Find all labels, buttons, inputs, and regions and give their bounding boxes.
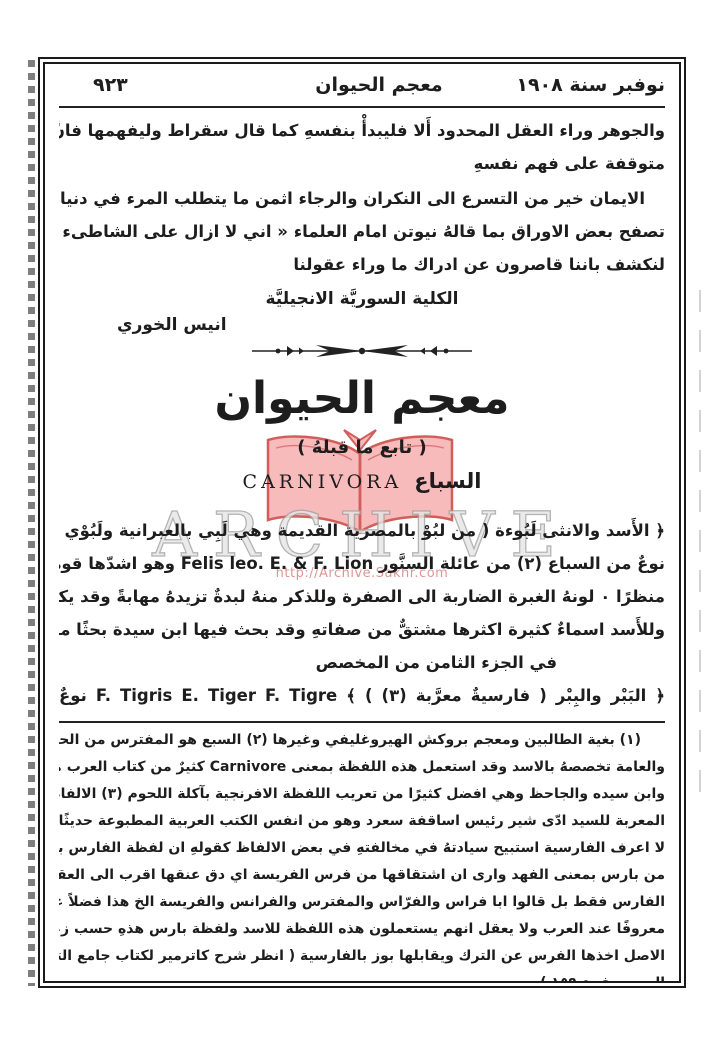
footnote-line: من بارس بمعنى الفهد وارى ان اشتقاقها من … <box>59 862 665 889</box>
text-line: متوقفة على فهم نفسهِ <box>59 147 665 180</box>
ornament-divider-icon <box>252 341 472 361</box>
entry-line: منظرًا ۰ لونهُ الغبرة الضاربة الى الصفرة… <box>59 580 665 613</box>
header-running-title: معجم الحيوان <box>284 74 475 96</box>
footnote-line: المعربة للسيد ادّى شير رئيس اساقفة سعرد … <box>59 808 665 835</box>
tiger-entry-line: ﴿ البَبْر والبِبْر ( فارسيةٌ معرَّبة (٣)… <box>59 679 665 712</box>
heading-latin: CARNIVORA <box>243 471 403 493</box>
entry-line: في الجزء الثامن من المخصص <box>59 646 665 679</box>
ornament-divider <box>59 341 665 367</box>
footnote-block: (١) بغية الطالبين ومعجم بروكش الهيروغليف… <box>59 727 665 983</box>
footnote-line: الفارس فقط بل قالوا ابا فراس والفرّاس وا… <box>59 889 665 916</box>
page-frame: نوفبر سنة ١٩٠٨ معجم الحيوان ٩٢٣ والجوهر … <box>38 57 686 988</box>
text-line: تصفح بعض الاوراق بما قالهُ نيوتن امام ال… <box>59 215 665 248</box>
entry-line: وللأَسد اسماءٌ كثيرة اكثرها مشتقٌّ من صف… <box>59 613 665 646</box>
header-date: نوفبر سنة ١٩٠٨ <box>474 74 665 96</box>
heading-arabic: السباع <box>414 469 481 493</box>
intro-paragraph-2: الايمان خير من التسرع الى النكران والرجا… <box>59 182 665 281</box>
entry-line: ﴿ الأَسد والانثى لَبُوءة ( من لبُوْ بالم… <box>59 514 665 547</box>
entry-line: نوعٌ من السباع (٢) من عائلة السنَّور Fel… <box>59 547 665 580</box>
text-line: الايمان خير من التسرع الى النكران والرجا… <box>59 182 665 215</box>
author-signature: انيس الخوري <box>59 313 665 337</box>
section-title-calligraphy: معجم الحيوان <box>59 367 665 431</box>
footnote-line: وابن سيده والجاحظ وهي افضل كثيرًا من تعر… <box>59 781 665 808</box>
header-page-number: ٩٢٣ <box>59 74 284 96</box>
scan-edge-artifact-right <box>699 290 701 810</box>
section-heading: السباع CARNIVORA <box>59 469 665 505</box>
intro-paragraph-1: والجوهر وراء العقل المحدود أَلا فليبدأْ … <box>59 114 665 180</box>
page-header: نوفبر سنة ١٩٠٨ معجم الحيوان ٩٢٣ <box>59 64 665 108</box>
footnote-line: لا اعرف الفارسية استبيح سيادتهُ في مخالف… <box>59 835 665 862</box>
college-attribution: الكلية السوريَّة الانجيليَّة <box>59 285 665 313</box>
lion-entry: ﴿ الأَسد والانثى لَبُوءة ( من لبُوْ بالم… <box>59 514 665 679</box>
text-line: لنكشف باننا قاصرون عن ادراك ما وراء عقول… <box>59 248 665 281</box>
footnote-separator <box>59 721 665 723</box>
page-content: نوفبر سنة ١٩٠٨ معجم الحيوان ٩٢٣ والجوهر … <box>43 62 681 983</box>
footnote-line: الدين صفحة ١٥٩ ) <box>59 970 665 983</box>
footnote-line: معروفًا عند العرب ولا يعقل انهم يستعملون… <box>59 916 665 943</box>
scan-edge-artifact-left <box>28 60 35 986</box>
text-line: والجوهر وراء العقل المحدود أَلا فليبدأْ … <box>59 114 665 147</box>
footnote-line: (١) بغية الطالبين ومعجم بروكش الهيروغليف… <box>59 727 665 754</box>
footnote-line: الاصل اخذها الفرس عن الترك ويقابلها بوز … <box>59 943 665 970</box>
section-subtitle: ( تابع ما قبلهُ ) <box>59 433 665 463</box>
footnote-line: والعامة تخصصهُ بالاسد وقد استعمل هذه الل… <box>59 754 665 781</box>
